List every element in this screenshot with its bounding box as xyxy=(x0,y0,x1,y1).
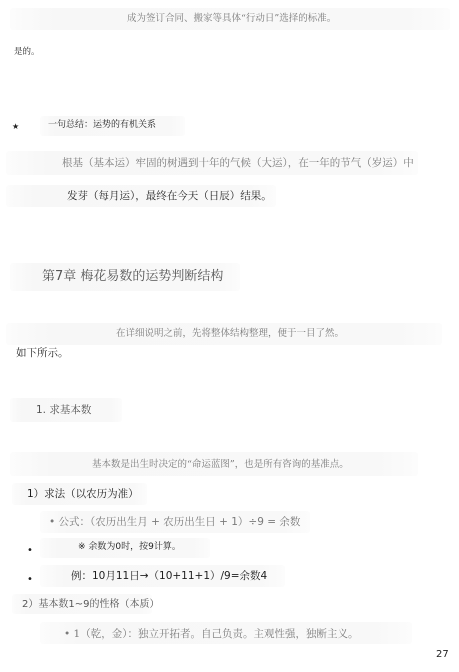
bullet-icon: • xyxy=(27,575,33,585)
chapter-intro-line-2: 如下所示。 xyxy=(16,348,69,359)
trait-line-1: • 1（乾，金）：独立开拓者。自己负责。主观性强，独断主义。 xyxy=(64,629,358,640)
section-title: 1. 求基本数 xyxy=(36,405,91,416)
page-number: 27 xyxy=(436,650,449,660)
example-line: 例：10月11日→（10+11+1）/9=余数4 xyxy=(71,571,267,582)
chapter-intro-line-1: 在详细说明之前，先将整体结构整理，便于一目了然。 xyxy=(116,329,344,339)
subsection-title-traits: 2）基本数1~9的性格（本质） xyxy=(22,600,159,610)
paragraph-intro-tail: 成为签订合同、搬家等具体“行动日”选择的标准。 xyxy=(127,14,336,24)
formula-line: • 公式：（农历出生月 + 农历出生日 + 1）÷9 = 余数 xyxy=(49,517,300,528)
note-line: ※ 余数为0时，按9计算。 xyxy=(78,543,181,552)
paragraph-intro-end: 是的。 xyxy=(14,48,40,57)
summary-body-line-2: 发芽（每月运），最终在今天（日辰）结果。 xyxy=(67,191,272,202)
bullet-icon: • xyxy=(27,546,33,556)
section-description: 基本数是出生时决定的“命运蓝图”，也是所有咨询的基准点。 xyxy=(92,460,349,470)
star-icon: ★ xyxy=(12,123,19,131)
chapter-title: 第7章 梅花易数的运势判断结构 xyxy=(42,270,223,283)
summary-heading: 一句总结：运势的有机关系 xyxy=(48,121,156,130)
summary-body-line-1: 根基（基本运）牢固的树遇到十年的气候（大运），在一年的节气（岁运）中 xyxy=(62,158,414,169)
subsection-title-method: 1）求法（以农历为准） xyxy=(27,489,139,500)
